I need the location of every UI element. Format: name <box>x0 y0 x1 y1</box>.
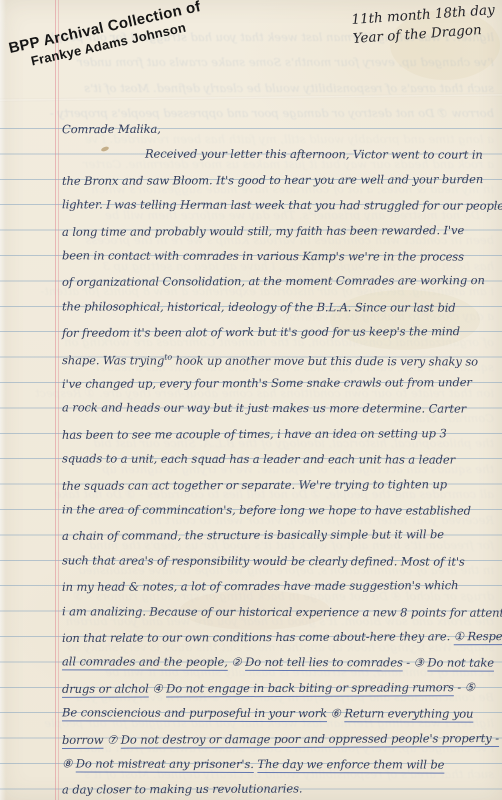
handwritten-text: i am analizing. Because of our historica… <box>62 604 502 619</box>
underlined-text: borrow <box>62 732 104 746</box>
handwritten-text: squads to a unit, each squad has a leade… <box>62 452 455 467</box>
letter-line: Comrade Malika, <box>62 117 161 141</box>
handwritten-text: lighter. I was telling Herman last week … <box>62 197 502 212</box>
handwritten-text: has been to see me acouple of times, i h… <box>62 426 447 442</box>
handwritten-text: - ③ <box>403 656 428 670</box>
letter-line: borrow ⑦ Do not destroy or damage poor a… <box>62 726 499 752</box>
letter-line: Be consciencious and purposeful in your … <box>62 701 473 726</box>
letter-line: for freedom it's been alot of work but i… <box>62 319 460 345</box>
letter-line: has been to see me acouple of times, i h… <box>62 421 447 447</box>
letter-line: ion that relate to our own conditions ha… <box>62 624 502 650</box>
handwritten-text: for freedom it's been alot of work but i… <box>62 324 460 340</box>
handwritten-text: a day closer to making us revolutionarie… <box>62 782 302 797</box>
handwritten-text: a rock and heads our way but it just mak… <box>62 401 466 416</box>
underlined-text: ① Respect <box>454 629 502 643</box>
letter-line: a day closer to making us revolutionarie… <box>62 777 303 800</box>
handwritten-text: in the area of commincation's, before lo… <box>62 502 471 517</box>
letter-line: the squads can act together or separate.… <box>62 472 447 498</box>
handwritten-text: Comrade Malika, <box>62 122 161 136</box>
underlined-text: Do not take <box>427 656 494 670</box>
archival-stamp: BPP Archival Collection of Frankye Adams… <box>0 0 214 75</box>
letter-line: such that area's of responsibility would… <box>62 548 465 573</box>
handwritten-text: shape. Was trying <box>62 353 164 367</box>
paper-crease <box>0 93 502 101</box>
underlined-text: Be consciencious and purposeful in your … <box>62 706 327 721</box>
underlined-text: Do not destroy or damage poor and oppres… <box>121 731 499 747</box>
letter-line: a chain of command, the structure is bas… <box>62 523 444 549</box>
handwritten-text: a chain of command, the structure is bas… <box>62 528 444 544</box>
handwritten-text: ion that relate to our own conditions ha… <box>62 629 454 645</box>
letter-line: Received your letter this afternoon, Vic… <box>62 142 483 167</box>
underlined-text: all comrades and the people, <box>62 655 228 670</box>
handwritten-text: the philosophical, historical, ideology … <box>62 299 456 314</box>
letter-line: the Bronx and saw Bloom. It's good to he… <box>62 167 483 193</box>
letter-line: shape. Was tryingto hook up another move… <box>62 345 478 373</box>
handwritten-text: ② <box>228 655 245 669</box>
underlined-text: Do not mistreat any prisoner's. <box>76 756 254 771</box>
handwritten-text: ⑧ <box>62 756 76 770</box>
letter-line: the philosophical, historical, ideology … <box>62 294 456 319</box>
handwritten-text: Received your letter this afternoon, Vic… <box>145 147 483 162</box>
letter-line: i am analizing. Because of our historica… <box>62 599 502 624</box>
letter-line: a long time and probably would still, my… <box>62 218 464 244</box>
bleed-through-line: such that area's of responsibility would… <box>14 81 494 95</box>
underlined-text: The day we enforce them will be <box>257 757 444 772</box>
letter-line: ⑧ Do not mistreat any prisoner's. The da… <box>62 751 444 776</box>
handwritten-text: - ⑤ <box>454 680 475 694</box>
letter-line: i've changed up, every four month's Some… <box>62 370 472 396</box>
letter-line: a rock and heads our way but it just mak… <box>62 396 466 421</box>
underlined-text: Return everything you <box>344 706 473 720</box>
letter-line: drugs or alchol ④ Do not engage in back … <box>62 675 475 701</box>
handwritten-text: hook up another move but this dude is ve… <box>172 353 478 368</box>
margin-line <box>58 0 59 800</box>
handwritten-text: such that area's of responsibility would… <box>62 553 465 568</box>
handwritten-text: in my head & notes, a lot of comrades ha… <box>62 578 458 594</box>
handwritten-text: of organizational Consolidation, at the … <box>62 273 485 289</box>
letter-line: been in contact with comrades in various… <box>62 243 464 268</box>
letter-line: in the area of commincation's, before lo… <box>62 497 471 522</box>
underlined-text: Do not tell lies to comrades <box>245 655 403 669</box>
handwritten-text: ④ <box>149 681 166 695</box>
letter-page: lighter. I was telling Herman last week … <box>0 0 502 800</box>
margin-line <box>55 0 56 800</box>
underlined-text: drugs or alchol <box>62 681 149 695</box>
letter-line: all comrades and the people, ② Do not te… <box>62 650 494 675</box>
handwritten-text: a long time and probably would still, my… <box>62 223 464 239</box>
handwritten-text: been in contact with comrades in various… <box>62 248 464 263</box>
handwritten-text: to <box>164 352 172 361</box>
letter-line: squads to a unit, each squad has a leade… <box>62 447 455 472</box>
letter-line: of organizational Consolidation, at the … <box>62 268 485 294</box>
letter-line: in my head & notes, a lot of comrades ha… <box>62 573 458 599</box>
handwritten-text: the squads can act together or separate.… <box>62 477 447 493</box>
handwritten-text: i've changed up, every four month's Some… <box>62 375 472 391</box>
handwritten-text: the Bronx and saw Bloom. It's good to he… <box>62 172 483 188</box>
letter-line: lighter. I was telling Herman last week … <box>62 192 502 217</box>
handwritten-text: ⑦ <box>103 732 120 746</box>
underlined-text: Do not engage in back biting or spreadin… <box>166 680 454 695</box>
handwritten-text: ⑥ <box>327 706 344 720</box>
